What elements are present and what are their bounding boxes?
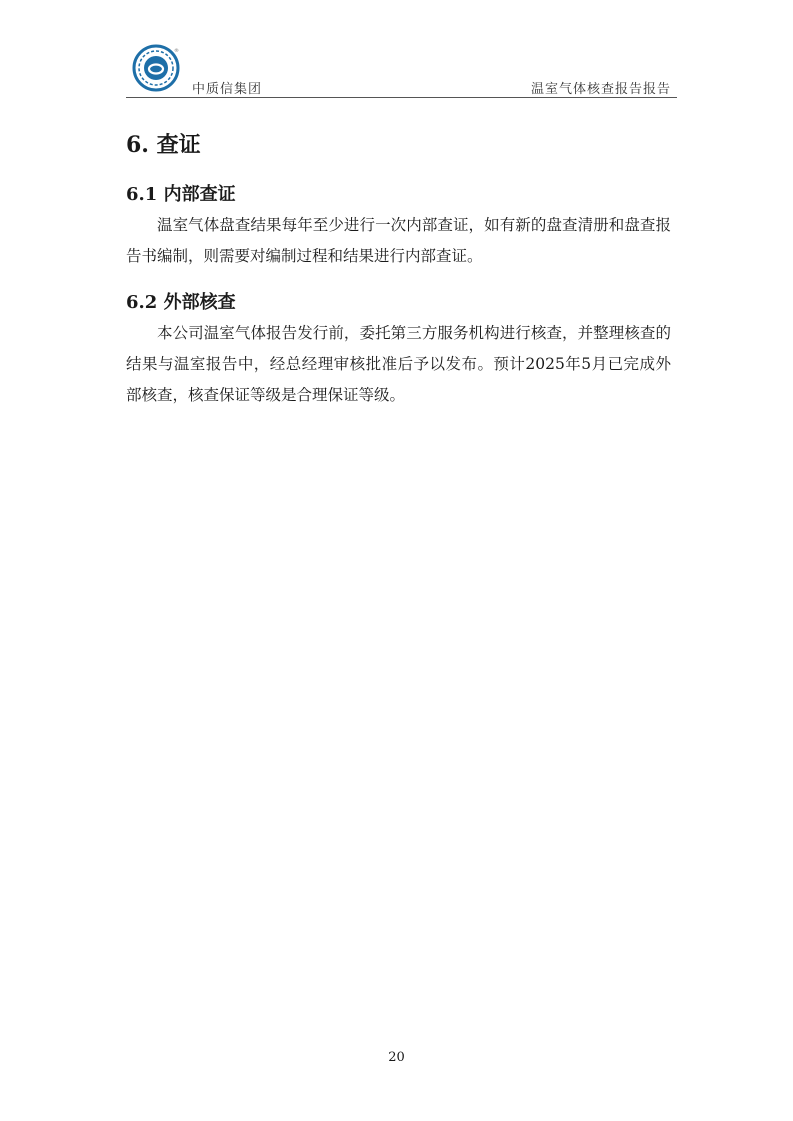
- page-number: 20: [0, 1050, 793, 1065]
- company-name: 中质信集团: [192, 78, 262, 97]
- subsection-title-internal: 6.1 内部查证: [126, 180, 236, 206]
- subsection-title-external: 6.2 外部核查: [126, 288, 236, 314]
- page-header: ® 中质信集团 温室气体核查报告报告: [126, 38, 677, 98]
- svg-text:®: ®: [174, 47, 179, 54]
- header-divider: [126, 97, 677, 98]
- subsection-body-internal: 温室气体盘查结果每年至少进行一次内部查证，如有新的盘查清册和盘查报告书编制，则需…: [126, 210, 671, 272]
- company-logo-icon: ®: [132, 44, 180, 92]
- subsection-body-external: 本公司温室气体报告发行前，委托第三方服务机构进行核查，并整理核查的结果与温室报告…: [126, 318, 671, 411]
- report-title: 温室气体核查报告报告: [531, 78, 671, 97]
- section-title: 6. 查证: [126, 128, 201, 159]
